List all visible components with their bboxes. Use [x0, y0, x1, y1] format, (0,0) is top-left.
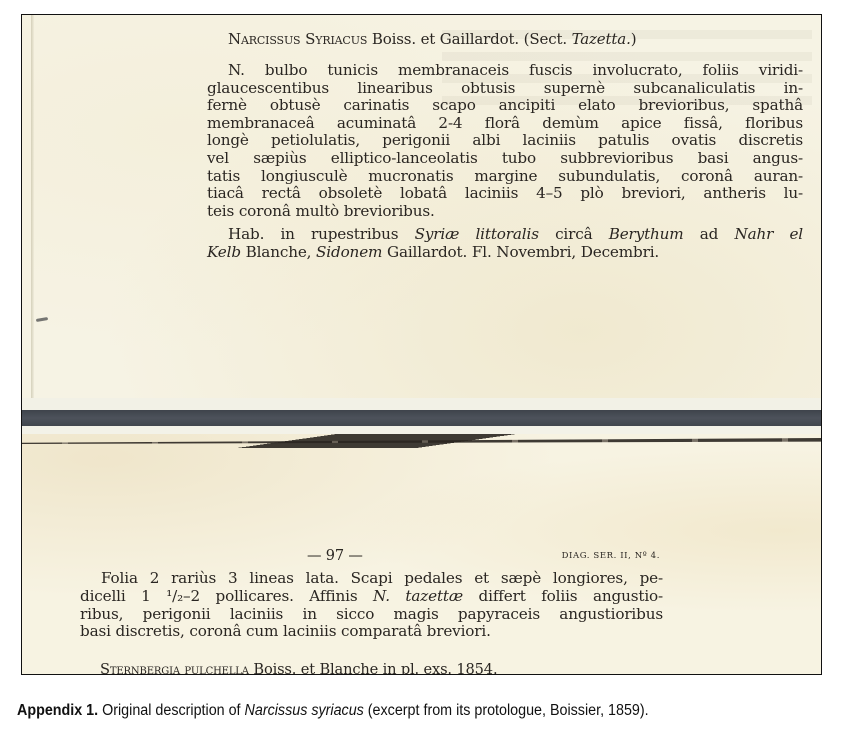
paragraph-line: dicelli 1 ¹/₂–2 pollicares. Affinis N. t…	[80, 588, 663, 606]
diagnosis-line: membranaceâ acuminatâ 2-4 florâ demùm ap…	[207, 115, 803, 133]
paragraph-text: –2 pollicares. Affinis	[183, 587, 373, 605]
section-close: )	[631, 30, 637, 48]
next-species-name: Sternbergia pulchella	[100, 661, 249, 675]
diagnosis-line: tiacâ rectâ obsoletè lobatâ laciniis 4–5…	[207, 185, 803, 203]
diagnosis-line: N. bulbo tunicis membranaceis fuscis inv…	[207, 62, 803, 80]
locality-name: Kelb	[207, 243, 241, 261]
species-heading: Narcissus Syriacus Boiss. et Gaillardot.…	[228, 30, 636, 48]
page-number: — 97 —	[307, 548, 363, 564]
paragraph-text: differt foliis angustio-	[463, 587, 663, 605]
paragraph-line: Folia 2 rariùs 3 lineas lata. Scapi peda…	[80, 570, 663, 588]
habitat-text: circâ	[539, 225, 609, 243]
locality-name: Berythum	[609, 225, 684, 243]
scan-gap	[22, 426, 821, 434]
habitat-paragraph: Hab. in rupestribus Syriæ littoralis cir…	[207, 226, 803, 261]
diagnosis-line: glaucescentibus linearibus obtusis super…	[207, 80, 803, 98]
section-name: Tazetta.	[572, 30, 631, 48]
scan-upper-page: Narcissus Syriacus Boiss. et Gaillardot.…	[22, 15, 821, 410]
caption-label: Appendix 1.	[17, 702, 98, 719]
caption-species: Narcissus syriacus	[245, 702, 364, 719]
authors: Boiss. et Gaillardot.	[372, 30, 519, 48]
diagnosis-line: fernè obtusè carinatis scapo ancipiti el…	[207, 97, 803, 115]
figure-caption: Appendix 1. Original description of Narc…	[17, 702, 780, 720]
locality-name: Syriæ littoralis	[415, 225, 539, 243]
diagnosis-line: vel sæpiùs elliptico-lanceolatis tubo su…	[207, 150, 803, 168]
locality-name: Nahr el	[734, 225, 803, 243]
locality-name: Sidonem	[316, 243, 382, 261]
section-open: (Sect.	[524, 30, 572, 48]
habitat-line: Kelb Blanche, Sidonem Gaillardot. Fl. No…	[207, 244, 803, 262]
next-species-authority: Boiss. et Blanche in pl. exs. 1854.	[249, 661, 498, 675]
paragraph-line: basi discretis, coronâ cum laciniis comp…	[80, 623, 663, 641]
caption-text: Original description of	[98, 702, 244, 719]
diagnosis-line: longè petiolulatis, perigonii albi lacin…	[207, 132, 803, 150]
habitat-line: Hab. in rupestribus Syriæ littoralis cir…	[207, 226, 803, 244]
habitat-text: Hab. in rupestribus	[228, 225, 415, 243]
running-head: Diag. ser. II, Nº 4.	[562, 551, 660, 561]
paragraph-line: ribus, perigonii laciniis in sicco magis…	[80, 606, 663, 624]
diagnosis-line: tatis longiusculè mucronatis margine sub…	[207, 168, 803, 186]
genus-name: Narcissus	[228, 30, 300, 48]
scan-gap	[22, 398, 821, 410]
page-divider-band	[22, 410, 821, 426]
habitat-text: Gaillardot. Fl. Novembri, Decembri.	[382, 243, 659, 261]
paragraph-text: dicelli 1	[80, 587, 166, 605]
fraction: ¹/₂	[166, 587, 183, 605]
caption-text: (excerpt from its protologue, Boissier, …	[364, 702, 649, 719]
next-species-entry: Sternbergia pulchella Boiss. et Blanche …	[100, 661, 497, 675]
comparison-paragraph: Folia 2 rariùs 3 lineas lata. Scapi peda…	[80, 570, 663, 641]
habitat-text: Blanche,	[241, 243, 316, 261]
ink-mark	[36, 317, 48, 322]
latin-diagnosis: N. bulbo tunicis membranaceis fuscis inv…	[207, 62, 803, 220]
species-name: N. tazettæ	[373, 587, 463, 605]
scanned-protologue-image: Narcissus Syriacus Boiss. et Gaillardot.…	[21, 14, 822, 675]
habitat-text: ad	[684, 225, 735, 243]
page-gutter-shadow	[31, 15, 34, 400]
species-epithet: Syriacus	[305, 30, 367, 48]
diagnosis-line: teis coronâ multò brevioribus.	[207, 203, 803, 221]
scan-lower-page: — 97 — Diag. ser. II, Nº 4. Folia 2 rari…	[22, 434, 821, 675]
